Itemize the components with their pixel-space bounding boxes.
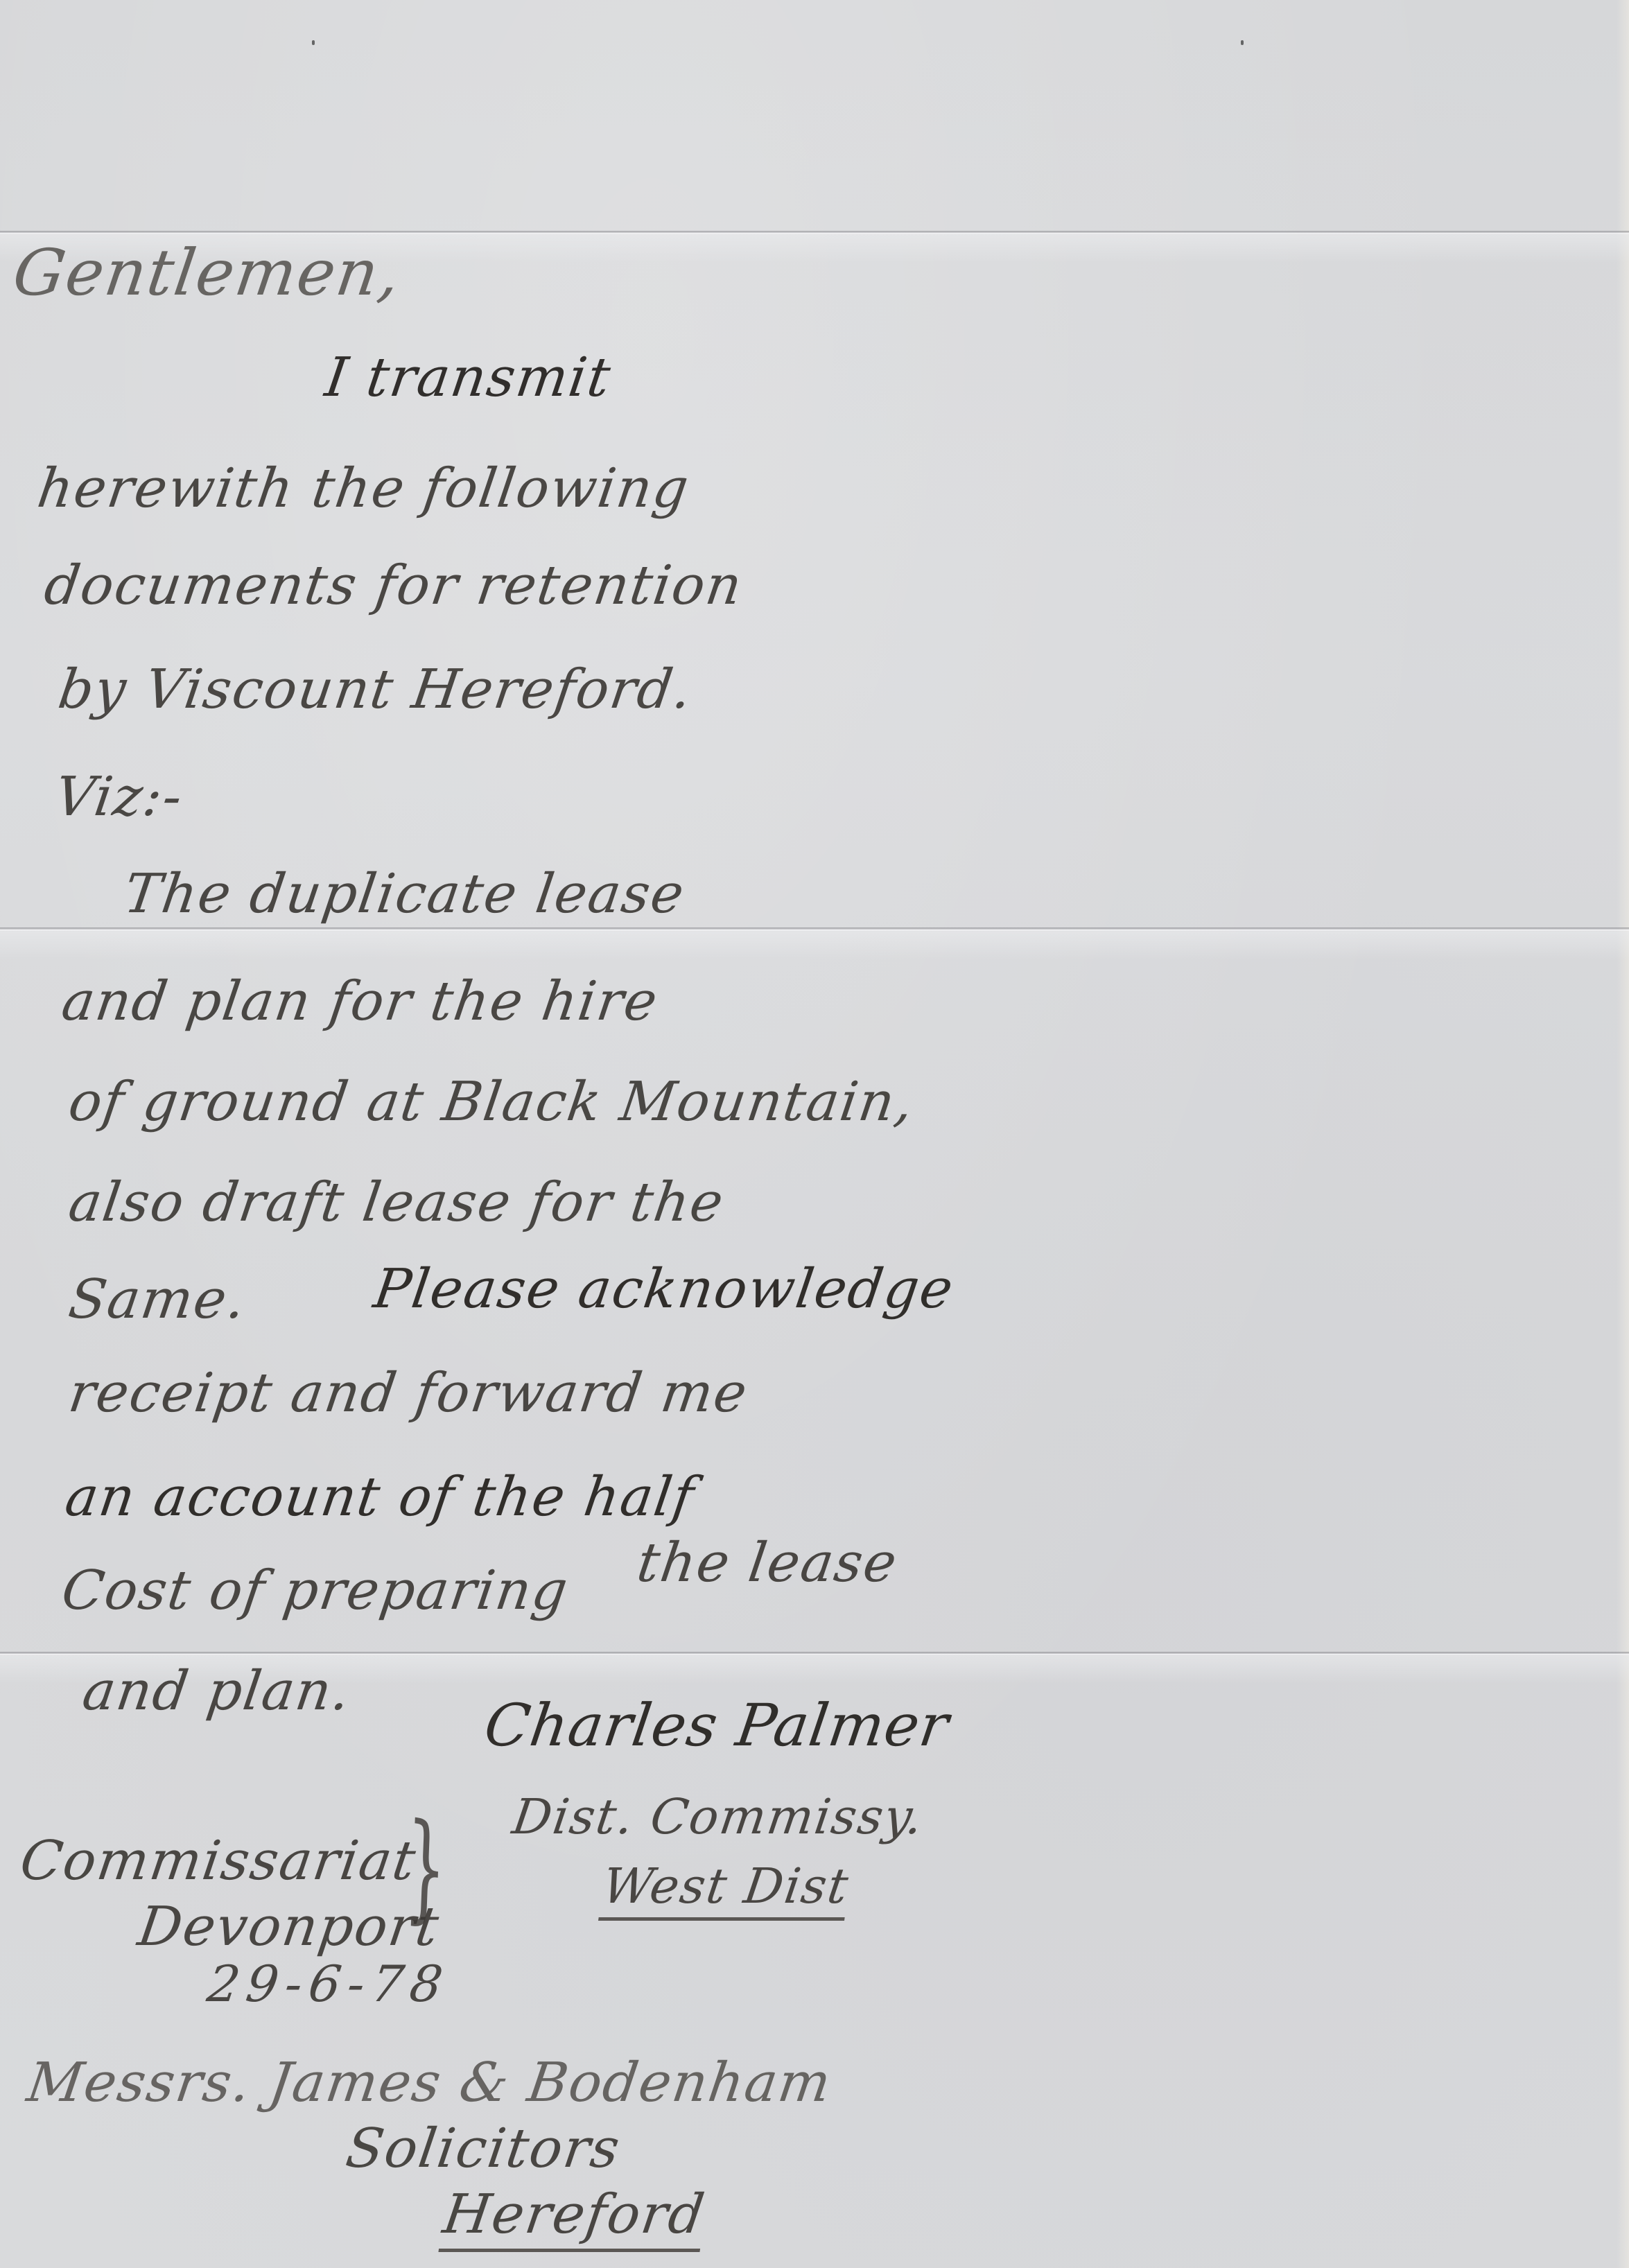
fold-line-3 (0, 1652, 1629, 1656)
fold-line-1 (0, 231, 1629, 235)
body-line: Same. (65, 1268, 251, 1331)
body-line: Cost of preparing (58, 1560, 573, 1622)
fold-line-2 (0, 927, 1629, 932)
body-line: by Viscount Hereford. (55, 658, 697, 721)
signature-district-text: West Dist (598, 1858, 853, 1921)
signature-title: Dist. Commissy. (509, 1788, 927, 1845)
ink-speck (312, 40, 315, 45)
body-line: and plan for the hire (58, 970, 663, 1033)
body-line: of ground at Black Mountain, (65, 1071, 918, 1133)
body-line: Viz:- (51, 766, 187, 828)
brace-mark: } (403, 1806, 448, 1929)
ink-speck (1241, 40, 1244, 45)
addressee-name: Messrs. James & Bodenham (24, 2052, 836, 2114)
body-line: The duplicate lease (121, 863, 689, 925)
body-line: and plan. (79, 1660, 356, 1722)
body-line: Please acknowledge (370, 1258, 958, 1320)
body-line: an account of the half (62, 1466, 699, 1528)
salutation: Gentlemen, (8, 236, 406, 310)
addressee-town: Hereford (439, 2183, 709, 2246)
body-line: also draft lease for the (65, 1171, 729, 1234)
body-line: the lease (634, 1532, 902, 1594)
body-line: receipt and forward me (65, 1362, 752, 1424)
paper-edge (1617, 0, 1629, 2268)
signature-district: West Dist (599, 1858, 853, 1914)
letter-date: 29-6-78 (204, 1955, 453, 2013)
body-line: documents for retention (41, 555, 747, 617)
body-line: I transmit (322, 347, 616, 409)
origin-place: Devonport (134, 1896, 444, 1958)
body-line: herewith the following (34, 457, 694, 520)
addressee-town-text: Hereford (438, 2183, 709, 2252)
addressee-role: Solicitors (342, 2118, 625, 2180)
signature-name: Charles Palmer (480, 1691, 953, 1759)
origin-office: Commissariat (17, 1830, 421, 1892)
